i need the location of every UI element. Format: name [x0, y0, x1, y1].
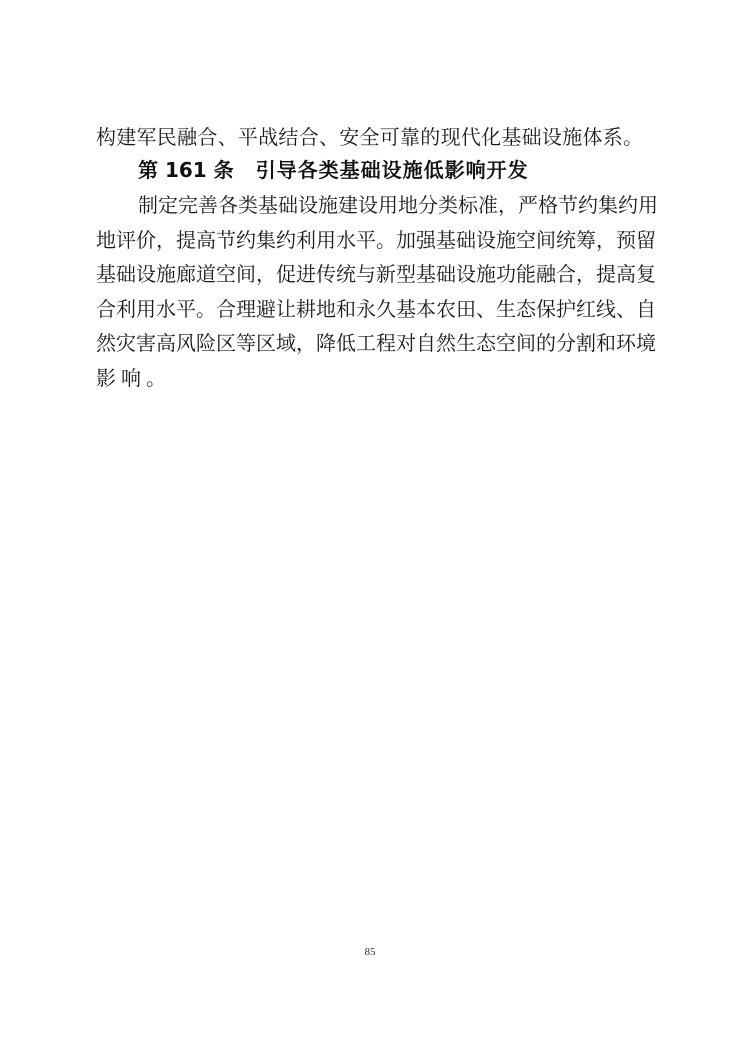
document-page: 构建军民融合、平战结合、安全可靠的现代化基础设施体系。 第 161 条引导各类基…	[0, 0, 740, 1047]
article-heading: 第 161 条引导各类基础设施低影响开发	[138, 153, 529, 187]
paragraph-line: 然灾害高风险区等区域，降低工程对自然生态空间的分割和环境	[96, 326, 643, 360]
continuation-text-line: 构建军民融合、平战结合、安全可靠的现代化基础设施体系。	[96, 120, 643, 154]
paragraph-line: 地评价，提高节约集约利用水平。加强基础设施空间统筹，预留	[96, 223, 643, 257]
paragraph-line: 制定完善各类基础设施建设用地分类标准，严格节约集约用	[138, 188, 643, 222]
paragraph-line: 合利用水平。合理避让耕地和永久基本农田、生态保护红线、自	[96, 292, 643, 326]
page-number: 85	[350, 946, 390, 958]
article-number: 第 161 条	[138, 153, 234, 187]
paragraph-line: 基础设施廊道空间，促进传统与新型基础设施功能融合，提高复	[96, 257, 643, 291]
paragraph-line-last: 影响。	[96, 361, 643, 395]
article-title: 引导各类基础设施低影响开发	[256, 153, 529, 187]
